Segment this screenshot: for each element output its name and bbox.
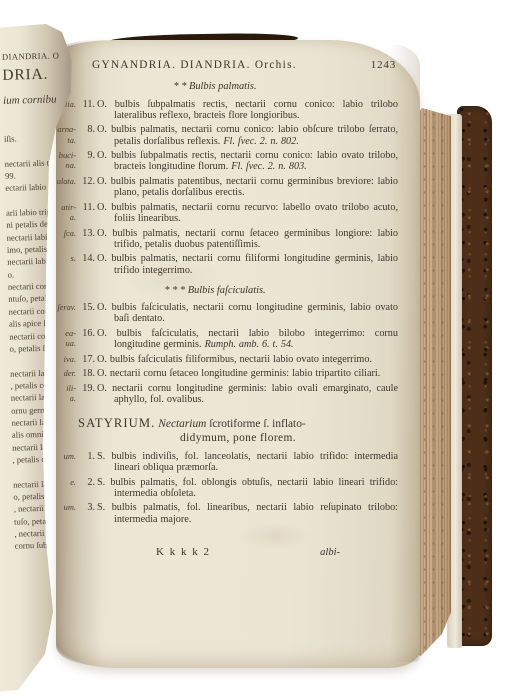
species-number: 2. <box>78 477 97 500</box>
species-diagnosis: O. bulbis faſciculatis, nectarii cornu l… <box>97 302 398 324</box>
right-page-text: GYNANDRIA. DIANDRIA. Orchis. 1243 * * Bu… <box>78 60 398 558</box>
margin-species-name: um. <box>40 452 76 462</box>
species-number: 3. <box>78 502 97 525</box>
species-entry: der. 18. O. nectarii cornu ſetaceo longi… <box>78 368 398 379</box>
species-diagnosis: O. bulbis palmatis patentibus, nectarii … <box>97 176 398 198</box>
species-number: 15. <box>78 302 97 325</box>
leather-board-edge <box>457 106 492 646</box>
species-diagnosis: S. bulbis palmatis, fol. oblongis obtuſi… <box>97 477 398 499</box>
species-citation: Rumph. amb. 6. t. 54. <box>205 339 294 350</box>
species-number: 1. <box>78 451 97 474</box>
species-number: 12. <box>78 176 97 199</box>
gathering-signature: K k k k 2 <box>156 547 210 558</box>
margin-species-name: iva. <box>40 355 76 365</box>
genus-character-rest: ſcrotiforme ſ. inflato- <box>206 418 305 430</box>
margin-species-name: um. <box>40 503 76 513</box>
species-entry: ulata. 12. O. bulbis palmatis patentibus… <box>78 176 398 199</box>
species-entry: arna- ta. 8. O. bulbis palmatis, nectari… <box>78 124 398 147</box>
margin-species-name: der. <box>40 369 76 379</box>
species-citation: Fl. ſvec. 2. n. 803. <box>231 161 306 172</box>
right-page: GYNANDRIA. DIANDRIA. Orchis. 1243 * * Bu… <box>56 40 420 668</box>
catchword: albi- <box>320 547 340 558</box>
species-entry: atir- a. 11. O. bulbis palmatis, nectari… <box>78 202 398 225</box>
species-number: 19. <box>78 383 97 406</box>
species-diagnosis: O. nectarii cornu ſetaceo longitudine ge… <box>97 368 380 379</box>
species-number: 18. <box>78 368 97 379</box>
species-citation: Fl. ſvec. 2. n. 802. <box>223 136 298 147</box>
species-entry: e. 2. S. bulbis palmatis, fol. oblongis … <box>78 477 398 500</box>
genus-character-line2: didymum, pone florem. <box>78 433 398 444</box>
species-entry: s. 14. O. bulbis palmatis, nectarii corn… <box>78 253 398 276</box>
species-number: 14. <box>78 253 97 276</box>
species-number: 11. <box>78 99 97 122</box>
species-diagnosis: O. bulbis palmatis, nectarii cornu recur… <box>97 202 398 224</box>
genus-heading-satyrium: SATYRIUM. Nectarium ſcrotiforme ſ. infla… <box>78 418 398 444</box>
species-entry: ſerav. 15. O. bulbis faſciculatis, necta… <box>78 302 398 325</box>
species-diagnosis: O. nectarii cornu longitudine germinis: … <box>97 383 398 405</box>
running-header-title: GYNANDRIA. DIANDRIA. Orchis. <box>92 60 371 71</box>
species-diagnosis: O. bulbis faſciculatis filiformibus, nec… <box>97 354 372 365</box>
species-number: 9. <box>78 150 97 173</box>
species-diagnosis: O. bulbis ſubpalmatis rectis, nectarii c… <box>97 99 398 121</box>
species-number: 11. <box>78 202 97 225</box>
species-diagnosis: S. bulbis indiviſis, fol. lanceolatis, n… <box>97 451 398 473</box>
page-foot: K k k k 2 albi- <box>78 547 398 558</box>
species-entry: ſca. 13. O. bulbis palmatis, nectarii co… <box>78 228 398 251</box>
page-number: 1243 <box>371 60 396 71</box>
genus-character-lead: Nectarium <box>158 418 206 430</box>
species-number: 16. <box>78 328 97 351</box>
running-header: GYNANDRIA. DIANDRIA. Orchis. 1243 <box>92 60 396 71</box>
section-heading-fasciculatis: * * * Bulbis faſciculatis. <box>78 285 352 296</box>
species-entry: ea- ua. 16. O. bulbis faſciculatis, nect… <box>78 328 398 351</box>
species-entry: ifolia. 11. O. bulbis ſubpalmatis rectis… <box>78 99 398 122</box>
margin-species-name: ili- a. <box>40 384 76 404</box>
species-entry: buci- na. 9. O. bulbis ſubpalmatis recti… <box>78 150 398 173</box>
margin-species-name: ea- ua. <box>40 329 76 349</box>
margin-species-name: e. <box>40 478 76 488</box>
section-heading-palmatis: * * Bulbis palmatis. <box>78 81 352 92</box>
genus-name: SATYRIUM. <box>78 416 155 430</box>
species-number: 17. <box>78 354 97 365</box>
book-photograph: GYNANDRIA. DIANDRIA. Orchis. 1243 * * Bu… <box>0 0 531 700</box>
species-diagnosis: O. bulbis palmatis, nectarii cornu ſetac… <box>97 228 398 250</box>
species-entry: um. 1. S. bulbis indiviſis, fol. lanceol… <box>78 451 398 474</box>
species-entry: ili- a. 19. O. nectarii cornu longitudin… <box>78 383 398 406</box>
species-entry: um. 3. S. bulbis palmatis, fol. linearib… <box>78 502 398 525</box>
species-diagnosis: S. bulbis palmatis, fol. linearibus, nec… <box>97 502 398 524</box>
species-number: 13. <box>78 228 97 251</box>
species-diagnosis: O. bulbis palmatis, nectarii cornu filif… <box>97 253 398 275</box>
species-number: 8. <box>78 124 97 147</box>
species-entry: iva. 17. O. bulbis faſciculatis filiform… <box>78 354 398 365</box>
